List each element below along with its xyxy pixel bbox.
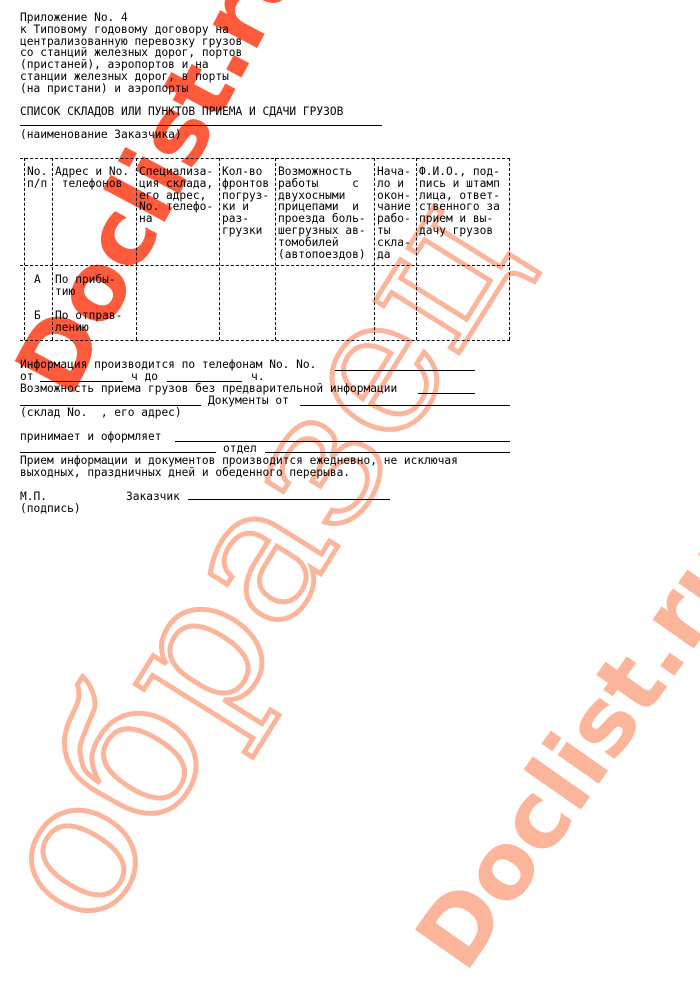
possibility-field[interactable] <box>418 393 475 394</box>
info-phones-label: Информация производится по телефонам No.… <box>20 359 316 371</box>
table-header-address: Адрес и No. телефонов <box>55 166 129 190</box>
header-line: к Типовому годовому договору на <box>20 24 229 36</box>
phones-field[interactable] <box>335 370 475 371</box>
table-row-num: А <box>34 274 41 286</box>
table-header-num: No. п/п <box>27 166 47 190</box>
table-header-fronts: Кол-во фронтов погруз- ки и раз- грузки <box>222 166 269 237</box>
table-row-label: По прибы- тию <box>55 274 116 298</box>
customer-name-line <box>20 125 382 126</box>
header-line: (на пристани) и аэропорты <box>20 83 188 95</box>
schedule-text-2: выходных, праздничных дней и обеденного … <box>20 467 350 479</box>
department-prefix-field[interactable] <box>20 452 216 453</box>
table-header-trailers: Возможность работы с двухосными прицепам… <box>278 166 366 260</box>
warehouse-caption: (склад No. , его адрес) <box>20 407 182 419</box>
watermark-doclist-bottom: Doclist.ru <box>395 515 700 987</box>
accepts-label: принимает и оформляет <box>20 431 161 443</box>
watermark-layer: Doclist.ru образец Doclist.ru <box>0 0 700 1000</box>
customer-signature-field[interactable] <box>188 499 390 500</box>
warehouse-table: No. п/п Адрес и No. телефонов Специализа… <box>20 158 510 340</box>
documents-from-field[interactable] <box>300 405 510 406</box>
table-row-num: Б <box>34 310 41 322</box>
documents-from-label: Документы от <box>208 395 289 407</box>
table-header-responsible: Ф.И.О., под- пись и штамп лица, ответ- с… <box>419 166 500 237</box>
customer-caption: (наименование Заказчика) <box>20 129 182 141</box>
department-field[interactable] <box>265 452 510 453</box>
table-row-label: По отправ- лению <box>55 310 122 334</box>
signature-caption: (подпись) <box>20 503 81 515</box>
table-header-hours: Нача- ло и окон- чание рабо- ты скла- да <box>377 166 411 260</box>
table-header-specialization: Специализа- ция склада, его адрес, No. т… <box>139 166 213 225</box>
customer-sign-label: Заказчик <box>126 491 180 503</box>
document-title: СПИСОК СКЛАДОВ ИЛИ ПУНКТОВ ПРИЕМА И СДАЧ… <box>20 106 343 118</box>
